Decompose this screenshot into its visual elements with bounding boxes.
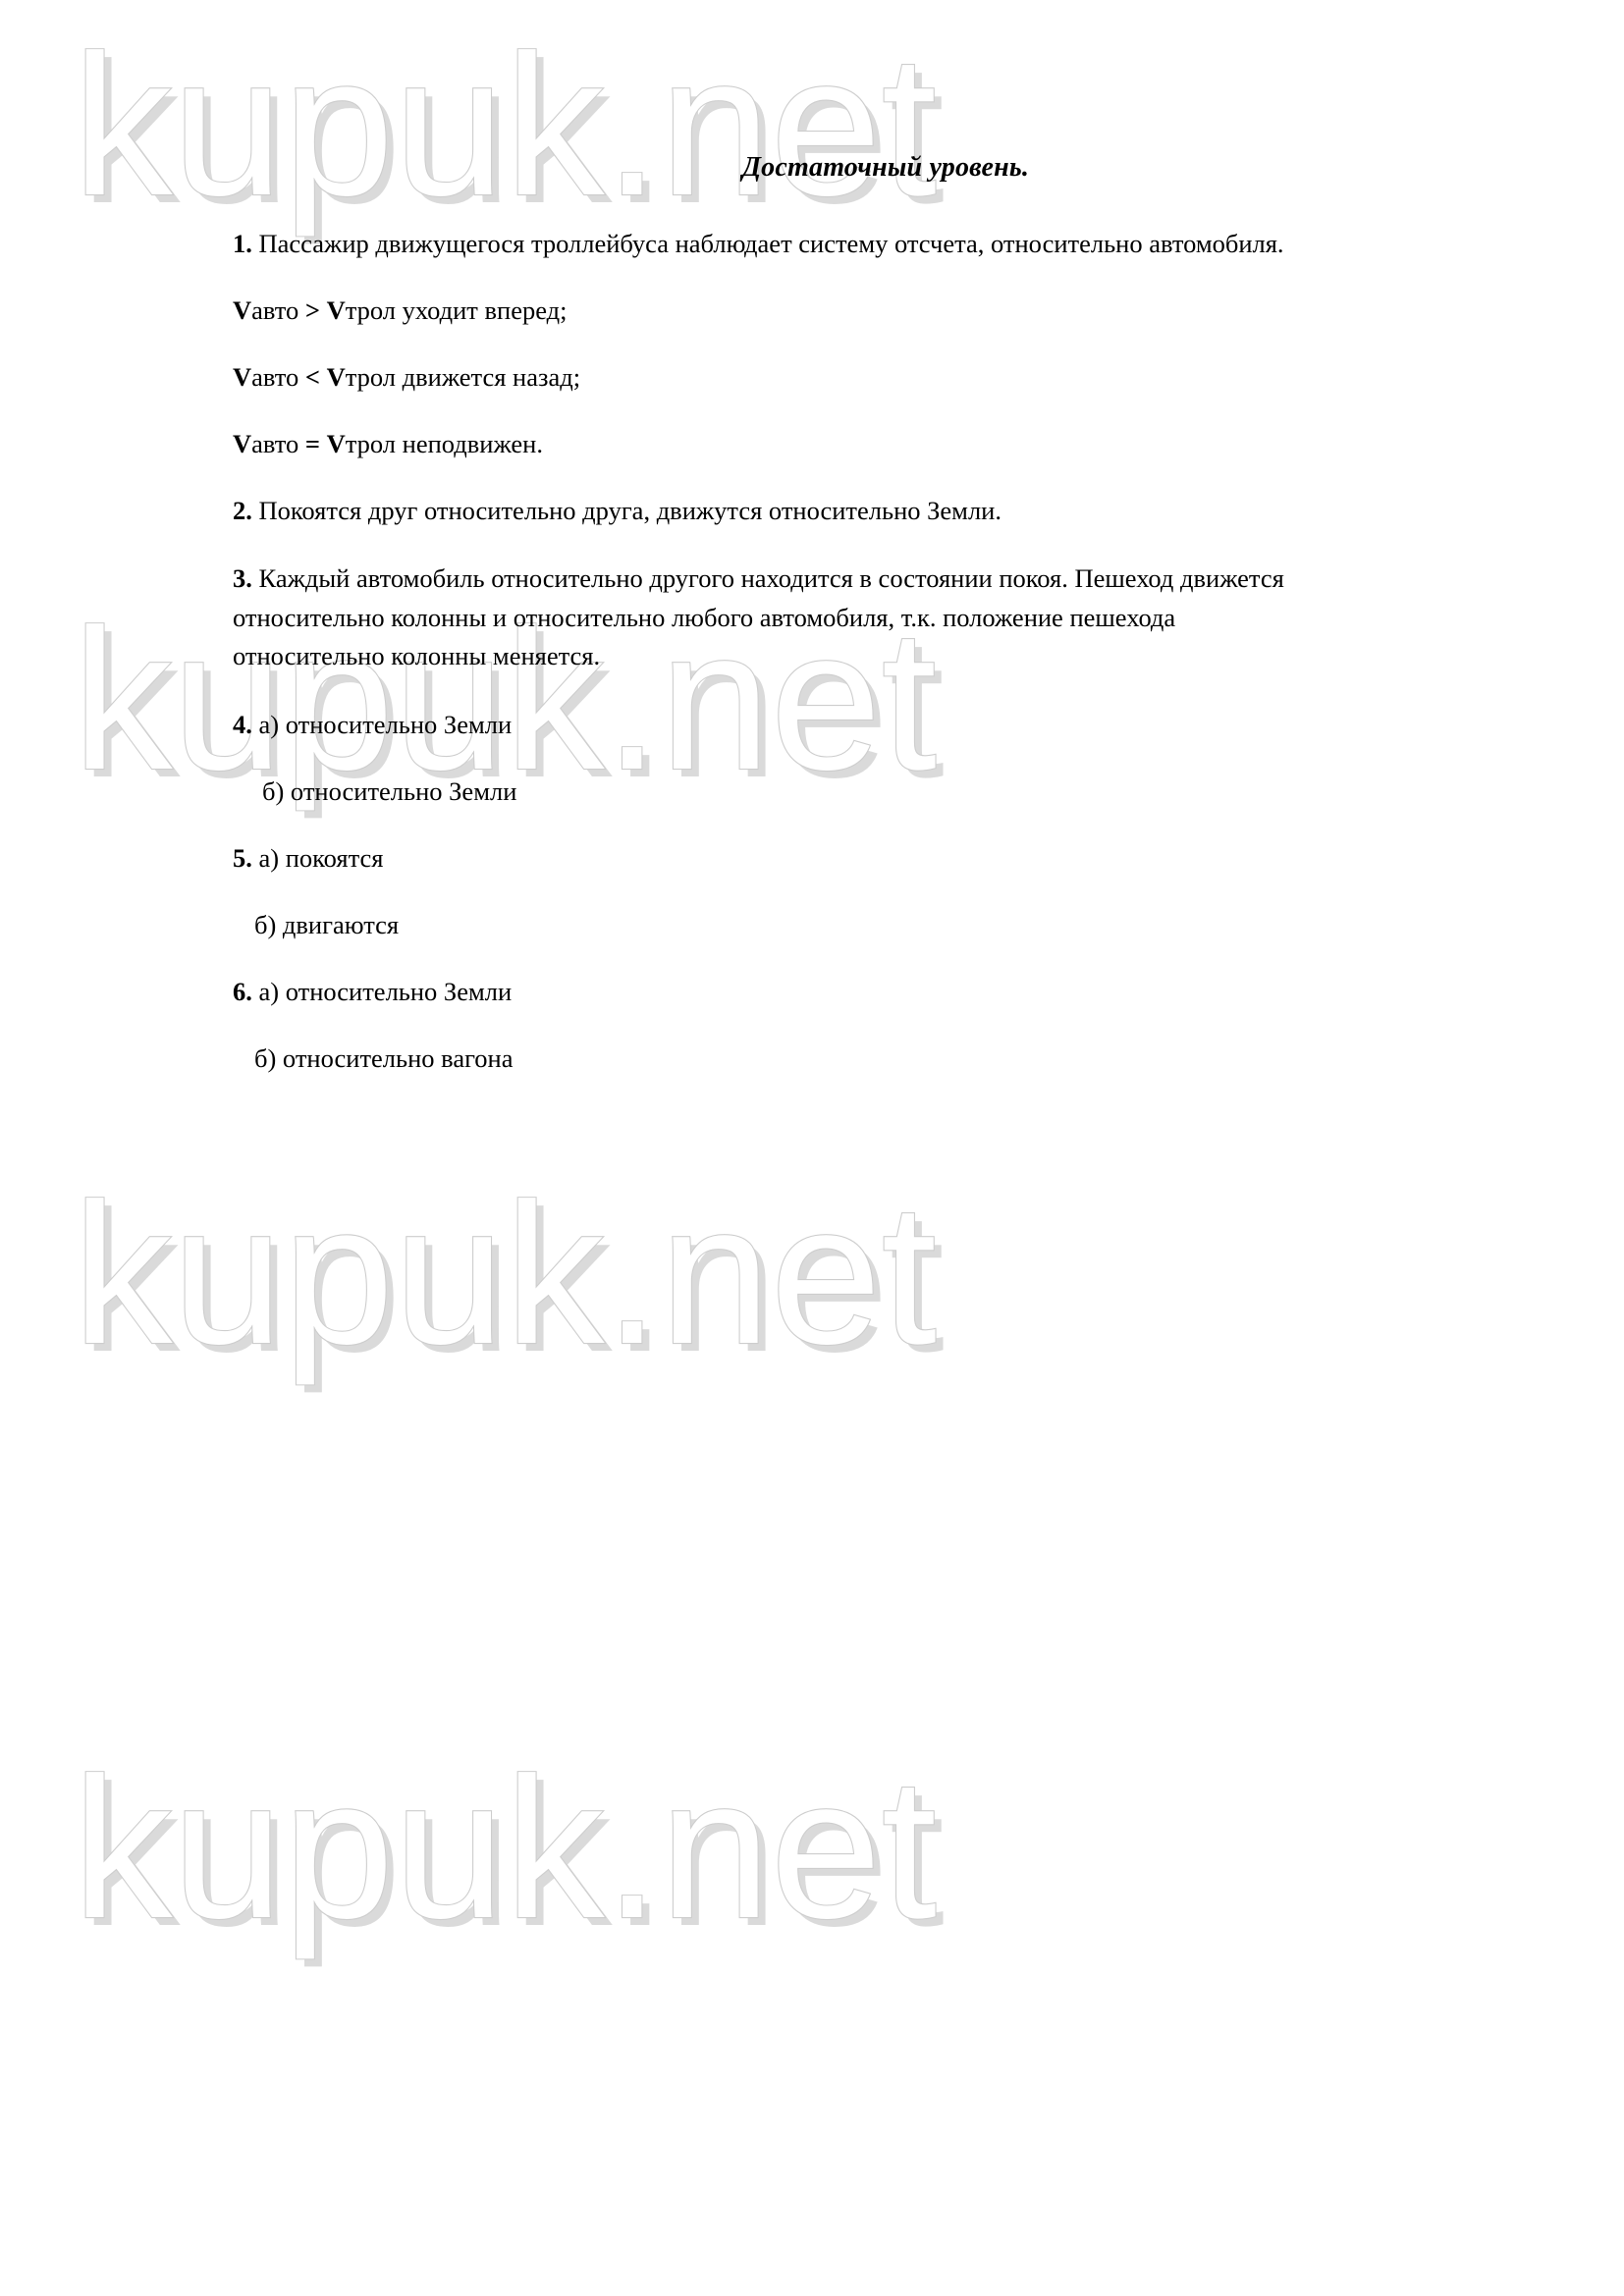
answer-5: 5. а) покоятся — [233, 842, 383, 874]
formula-line: Vавто = Vтрол неподвижен. — [233, 428, 543, 459]
answer-3: 3. Каждый автомобиль относительно другог… — [233, 562, 1284, 594]
watermark: kupuk.net kupuk.net — [67, 1168, 950, 1423]
answer-part-b: б) двигаются — [254, 910, 399, 939]
answer-part-b: б) относительно вагона — [254, 1043, 514, 1073]
answer-number: 2. — [233, 496, 252, 525]
answer-part-b: б) относительно Земли — [262, 776, 516, 806]
velocity-subscript: трол — [346, 295, 396, 325]
comparison-operator: < — [305, 362, 320, 392]
velocity-symbol: V — [233, 429, 251, 458]
comparison-operator: > — [305, 295, 320, 325]
watermark: kupuk.net kupuk.net — [67, 1742, 950, 1998]
section-title: Достаточный уровень. — [0, 152, 1624, 184]
answer-number: 4. — [233, 710, 252, 739]
answer-6-part-b: б) относительно вагона — [254, 1042, 514, 1074]
velocity-subscript: авто — [251, 362, 298, 392]
comparison-operator: = — [305, 429, 320, 458]
answer-3-continuation: относительно колонны и относительно любо… — [233, 602, 1175, 633]
formula-line: Vавто > Vтрол уходит вперед; — [233, 294, 567, 326]
velocity-subscript: трол — [346, 429, 396, 458]
answer-number: 6. — [233, 977, 252, 1006]
answer-2: 2. Покоятся друг относительно друга, дви… — [233, 495, 1001, 526]
svg-text:kupuk.net: kupuk.net — [73, 1736, 937, 1960]
answer-part-a: а) относительно Земли — [259, 710, 513, 739]
formula-result: уходит вперед; — [403, 295, 568, 325]
answer-text: Покоятся друг относительно друга, движут… — [259, 496, 1001, 525]
answer-text: Каждый автомобиль относительно другого н… — [259, 563, 1284, 593]
answer-3-continuation: относительно колонны меняется. — [233, 640, 600, 671]
watermark-graphic: kupuk.net kupuk.net — [67, 1742, 950, 1998]
velocity-symbol: V — [327, 429, 346, 458]
answer-number: 5. — [233, 843, 252, 873]
svg-text:kupuk.net: kupuk.net — [81, 22, 945, 245]
velocity-subscript: трол — [346, 362, 396, 392]
svg-text:kupuk.net: kupuk.net — [73, 1162, 937, 1386]
answer-number: 1. — [233, 229, 252, 258]
velocity-symbol: V — [327, 295, 346, 325]
answer-1: 1. Пассажир движущегося троллейбуса набл… — [233, 228, 1284, 259]
formula-result: неподвижен. — [403, 429, 543, 458]
velocity-symbol: V — [327, 362, 346, 392]
velocity-symbol: V — [233, 362, 251, 392]
watermark-graphic: kupuk.net kupuk.net — [67, 1168, 950, 1423]
answer-number: 3. — [233, 563, 252, 593]
velocity-subscript: авто — [251, 429, 298, 458]
answer-part-a: а) относительно Земли — [259, 977, 513, 1006]
velocity-subscript: авто — [251, 295, 298, 325]
answer-6: 6. а) относительно Земли — [233, 976, 512, 1007]
answer-5-part-b: б) двигаются — [254, 909, 399, 940]
answer-4-part-b: б) относительно Земли — [262, 775, 516, 807]
formula-result: движется назад; — [403, 362, 580, 392]
answer-4: 4. а) относительно Земли — [233, 709, 512, 740]
svg-text:kupuk.net: kupuk.net — [73, 14, 937, 238]
answer-text: относительно колонны и относительно любо… — [233, 603, 1175, 632]
svg-text:kupuk.net: kupuk.net — [81, 1170, 945, 1394]
answer-part-a: а) покоятся — [259, 843, 384, 873]
svg-text:kupuk.net: kupuk.net — [81, 1744, 945, 1968]
velocity-symbol: V — [233, 295, 251, 325]
formula-line: Vавто < Vтрол движется назад; — [233, 361, 580, 393]
answer-text: относительно колонны меняется. — [233, 641, 600, 670]
answer-text: Пассажир движущегося троллейбуса наблюда… — [259, 229, 1284, 258]
